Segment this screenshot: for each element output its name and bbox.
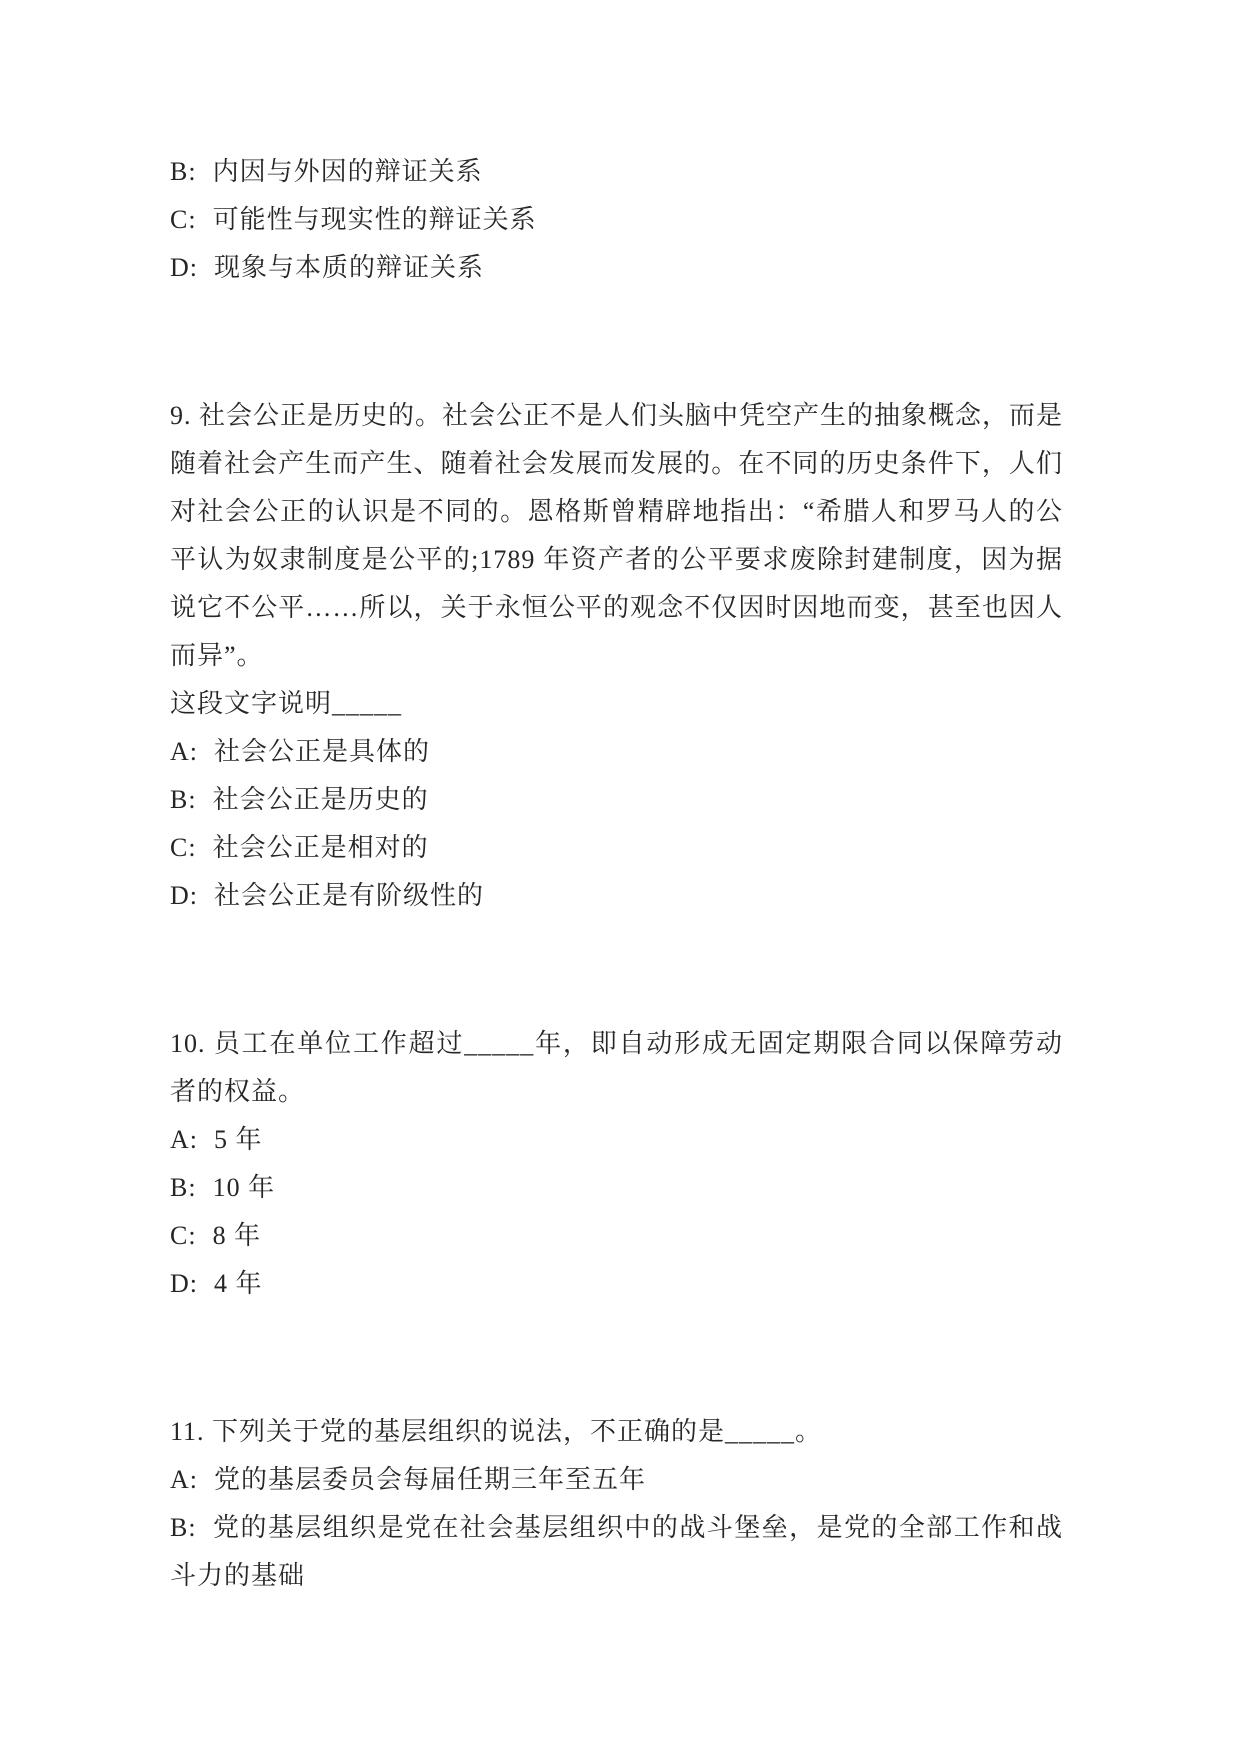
q9-option-b-text: 社会公正是历史的 (213, 785, 429, 814)
q8-option-b-label: B: (170, 157, 197, 186)
q9-option-d-label: D: (170, 881, 198, 910)
q11-option-a-text: 党的基层委员会每届任期三年至五年 (214, 1465, 646, 1494)
q10-option-a-text: 5 年 (214, 1125, 263, 1154)
q9-option-b-label: B: (170, 785, 197, 814)
q10-option-d: D:4 年 (170, 1260, 1063, 1308)
q9-option-c-label: C: (170, 833, 197, 862)
question-8-trailing-options: B:内因与外因的辩证关系 C:可能性与现实性的辩证关系 D:现象与本质的辩证关系 (170, 148, 1063, 292)
q11-body: 11. 下列关于党的基层组织的说法，不正确的是_____。 (170, 1408, 1063, 1456)
q10-option-d-label: D: (170, 1269, 198, 1298)
q11-option-b: B:党的基层组织是党在社会基层组织中的战斗堡垒，是党的全部工作和战斗力的基础 (170, 1504, 1063, 1600)
q11-option-b-text: 党的基层组织是党在社会基层组织中的战斗堡垒，是党的全部工作和战斗力的基础 (170, 1513, 1063, 1590)
question-11: 11. 下列关于党的基层组织的说法，不正确的是_____。 A:党的基层委员会每… (170, 1408, 1063, 1600)
q8-option-d: D:现象与本质的辩证关系 (170, 244, 1063, 292)
document-content: B:内因与外因的辩证关系 C:可能性与现实性的辩证关系 D:现象与本质的辩证关系… (170, 148, 1063, 1600)
q9-option-d: D:社会公正是有阶级性的 (170, 872, 1063, 920)
q9-body: 9. 社会公正是历史的。社会公正不是人们头脑中凭空产生的抽象概念，而是随着社会产… (170, 392, 1063, 680)
q9-option-b: B:社会公正是历史的 (170, 776, 1063, 824)
exam-document-page: B:内因与外因的辩证关系 C:可能性与现实性的辩证关系 D:现象与本质的辩证关系… (0, 0, 1240, 1753)
q9-option-c-text: 社会公正是相对的 (213, 833, 429, 862)
q8-option-d-text: 现象与本质的辩证关系 (214, 253, 484, 282)
q11-option-a: A:党的基层委员会每届任期三年至五年 (170, 1456, 1063, 1504)
q10-option-b: B:10 年 (170, 1164, 1063, 1212)
q10-option-d-text: 4 年 (214, 1269, 263, 1298)
q8-option-c-text: 可能性与现实性的辩证关系 (213, 205, 537, 234)
q9-option-a: A:社会公正是具体的 (170, 728, 1063, 776)
question-9: 9. 社会公正是历史的。社会公正不是人们头脑中凭空产生的抽象概念，而是随着社会产… (170, 392, 1063, 920)
q8-option-b: B:内因与外因的辩证关系 (170, 148, 1063, 196)
q10-option-b-label: B: (170, 1173, 197, 1202)
q9-option-a-label: A: (170, 737, 198, 766)
q9-prompt: 这段文字说明_____ (170, 680, 1063, 728)
q8-option-c: C:可能性与现实性的辩证关系 (170, 196, 1063, 244)
q11-option-a-label: A: (170, 1465, 198, 1494)
q8-option-b-text: 内因与外因的辩证关系 (213, 157, 483, 186)
question-10: 10. 员工在单位工作超过_____年，即自动形成无固定期限合同以保障劳动者的权… (170, 1020, 1063, 1308)
q10-option-a-label: A: (170, 1125, 198, 1154)
q10-option-c-label: C: (170, 1221, 197, 1250)
q11-option-b-label: B: (170, 1513, 197, 1542)
q10-option-c: C:8 年 (170, 1212, 1063, 1260)
q10-option-b-text: 10 年 (213, 1173, 276, 1202)
q10-option-a: A:5 年 (170, 1116, 1063, 1164)
q9-option-a-text: 社会公正是具体的 (214, 737, 430, 766)
q8-option-d-label: D: (170, 253, 198, 282)
q10-body: 10. 员工在单位工作超过_____年，即自动形成无固定期限合同以保障劳动者的权… (170, 1020, 1063, 1116)
q9-option-d-text: 社会公正是有阶级性的 (214, 881, 484, 910)
q9-option-c: C:社会公正是相对的 (170, 824, 1063, 872)
q8-option-c-label: C: (170, 205, 197, 234)
q10-option-c-text: 8 年 (213, 1221, 262, 1250)
